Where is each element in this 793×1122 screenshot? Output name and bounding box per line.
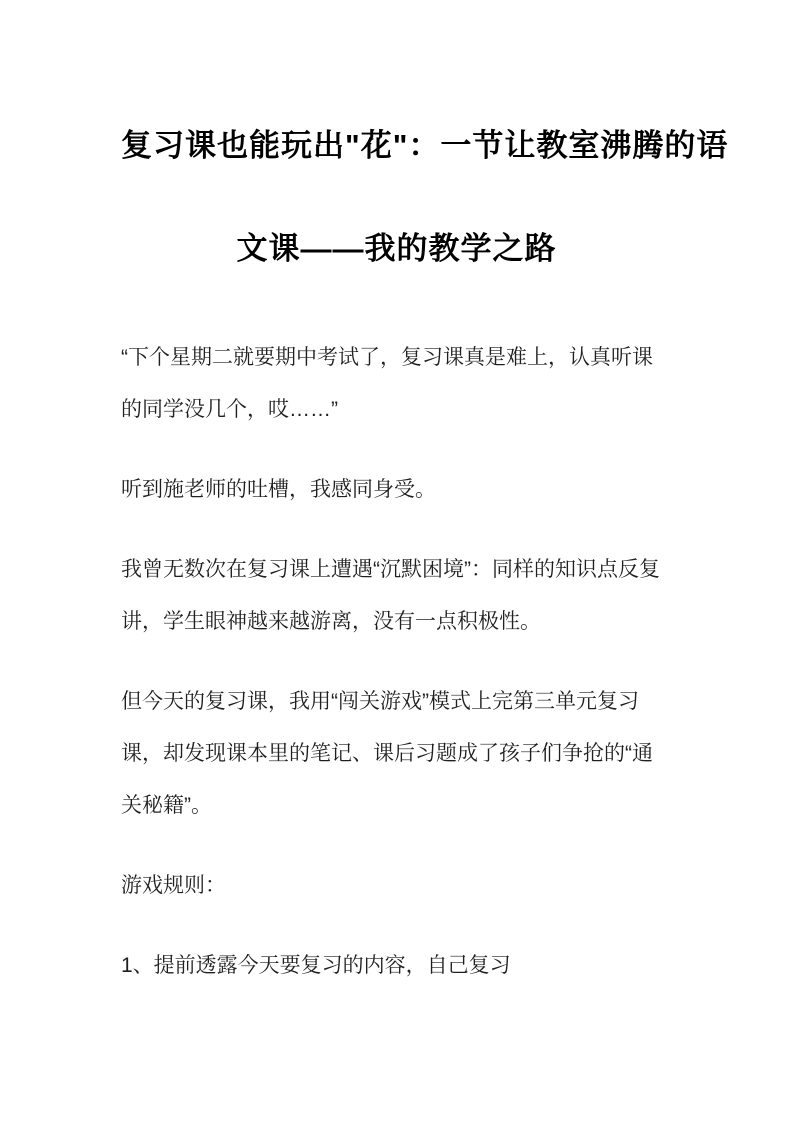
paragraph-silent-dilemma: 我曾无数次在复习课上遭遇“沉默困境”：同样的知识点反复讲，学生眼神越来越游离，没…	[121, 544, 672, 648]
document-title-line-1: 复习课也能玩出"花"：一节让教室沸腾的语	[121, 94, 672, 197]
document-title-line-2: 文课——我的教学之路	[121, 197, 672, 300]
paragraph-game-rules-heading: 游戏规则：	[121, 860, 672, 912]
paragraph-empathy: 听到施老师的吐槽，我感同身受。	[121, 464, 672, 516]
paragraph-game-mode-result: 但今天的复习课，我用“闯关游戏”模式上完第三单元复习课，却发现课本里的笔记、课后…	[121, 676, 672, 832]
document-title: 复习课也能玩出"花"：一节让教室沸腾的语 文课——我的教学之路	[121, 94, 672, 300]
paragraph-rule-1: 1、提前透露今天要复习的内容，自己复习	[121, 940, 672, 992]
paragraph-intro-quote: “下个星期二就要期中考试了，复习课真是难上，认真听课的同学没几个，哎……”	[121, 332, 672, 436]
document-body: “下个星期二就要期中考试了，复习课真是难上，认真听课的同学没几个，哎……” 听到…	[121, 332, 672, 992]
document-page: 复习课也能玩出"花"：一节让教室沸腾的语 文课——我的教学之路 “下个星期二就要…	[0, 0, 793, 1122]
